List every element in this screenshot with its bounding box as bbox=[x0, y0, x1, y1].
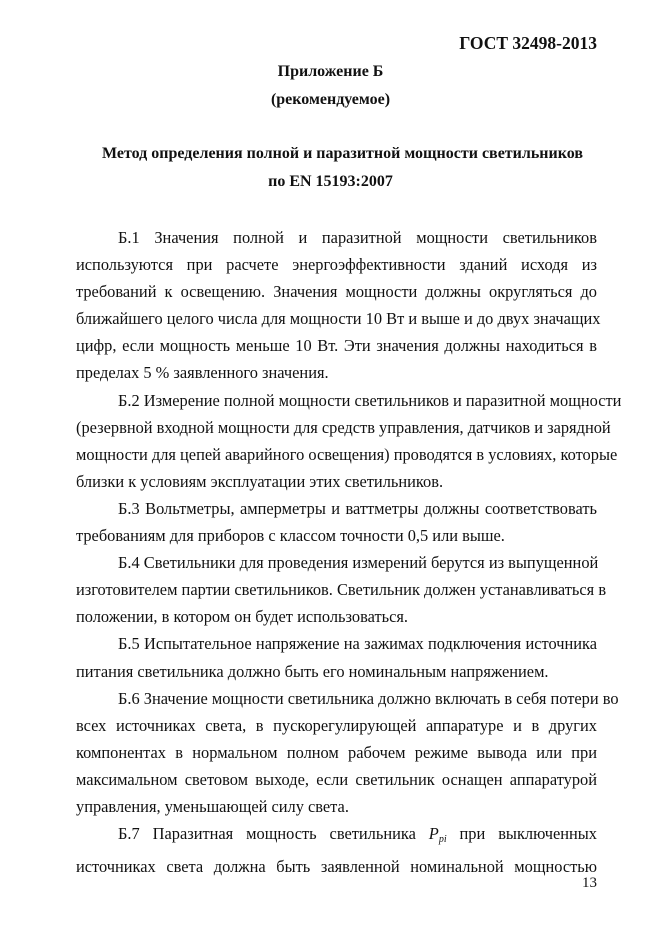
document-page: ГОСТ 32498-2013 Приложение Б (рекомендуе… bbox=[0, 0, 661, 935]
text-line: Б.3 Вольтметры, амперметры и ваттметры д… bbox=[76, 495, 597, 522]
text-line: требованиям для приборов с классом точно… bbox=[76, 522, 597, 549]
text-line: Б.6 Значение мощности светильника должно… bbox=[76, 685, 597, 712]
text-line: всех источниках света, в пускорегулирующ… bbox=[76, 712, 597, 739]
paragraph-b4: Б.4 Светильники для проведения измерений… bbox=[76, 549, 597, 630]
text-line: ближайшего целого числа для мощности 10 … bbox=[76, 305, 597, 332]
method-title-line-1: Метод определения полной и паразитной мо… bbox=[12, 145, 661, 163]
page-number: 13 bbox=[582, 875, 597, 892]
text-segment: при выключенных bbox=[460, 824, 597, 843]
method-title-line-2: по EN 15193:2007 bbox=[0, 173, 661, 191]
paragraph-b6: Б.6 Значение мощности светильника должно… bbox=[76, 685, 597, 820]
text-line: изготовителем партии светильников. Свети… bbox=[76, 576, 597, 603]
text-line: Б.2 Измерение полной мощности светильник… bbox=[76, 387, 597, 414]
text-line: компонентах в нормальном полном рабочем … bbox=[76, 739, 597, 766]
appendix-title: Приложение Б bbox=[0, 63, 661, 81]
document-body: Б.1 Значения полной и паразитной мощност… bbox=[76, 224, 597, 880]
text-line: (резервной входной мощности для средств … bbox=[76, 414, 597, 441]
text-line: используются при расчете энергоэффективн… bbox=[76, 251, 597, 278]
text-line: источниках света должна быть заявленной … bbox=[76, 853, 597, 880]
text-line: Б.7 Паразитная мощность светильника Ppi … bbox=[76, 820, 597, 853]
appendix-type: (рекомендуемое) bbox=[0, 91, 661, 109]
text-line: требований к освещению. Значения мощност… bbox=[76, 278, 597, 305]
text-line: цифр, если мощность меньше 10 Вт. Эти зн… bbox=[76, 332, 597, 359]
document-code: ГОСТ 32498-2013 bbox=[459, 33, 597, 54]
paragraph-b5: Б.5 Испытательное напряжение на зажимах … bbox=[76, 630, 597, 684]
text-line: Б.4 Светильники для проведения измерений… bbox=[76, 549, 597, 576]
text-line: близки к условиям эксплуатации этих свет… bbox=[76, 468, 597, 495]
text-segment: Б.7 Паразитная мощность светильника bbox=[118, 824, 416, 843]
paragraph-b3: Б.3 Вольтметры, амперметры и ваттметры д… bbox=[76, 495, 597, 549]
text-line: положении, в котором он будет использова… bbox=[76, 603, 597, 630]
text-line: управления, уменьшающей силу света. bbox=[76, 793, 597, 820]
text-line: мощности для цепей аварийного освещения)… bbox=[76, 441, 597, 468]
text-line: Б.5 Испытательное напряжение на зажимах … bbox=[76, 630, 597, 657]
paragraph-b1: Б.1 Значения полной и паразитной мощност… bbox=[76, 224, 597, 387]
text-line: максимальном световом выходе, если свети… bbox=[76, 766, 597, 793]
text-line: питания светильника должно быть его номи… bbox=[76, 658, 597, 685]
parasitic-power-symbol: Ppi bbox=[429, 824, 447, 843]
paragraph-b7: Б.7 Паразитная мощность светильника Ppi … bbox=[76, 820, 597, 880]
text-line: Б.1 Значения полной и паразитной мощност… bbox=[76, 224, 597, 251]
text-line: пределах 5 % заявленного значения. bbox=[76, 359, 597, 386]
paragraph-b2: Б.2 Измерение полной мощности светильник… bbox=[76, 387, 597, 495]
